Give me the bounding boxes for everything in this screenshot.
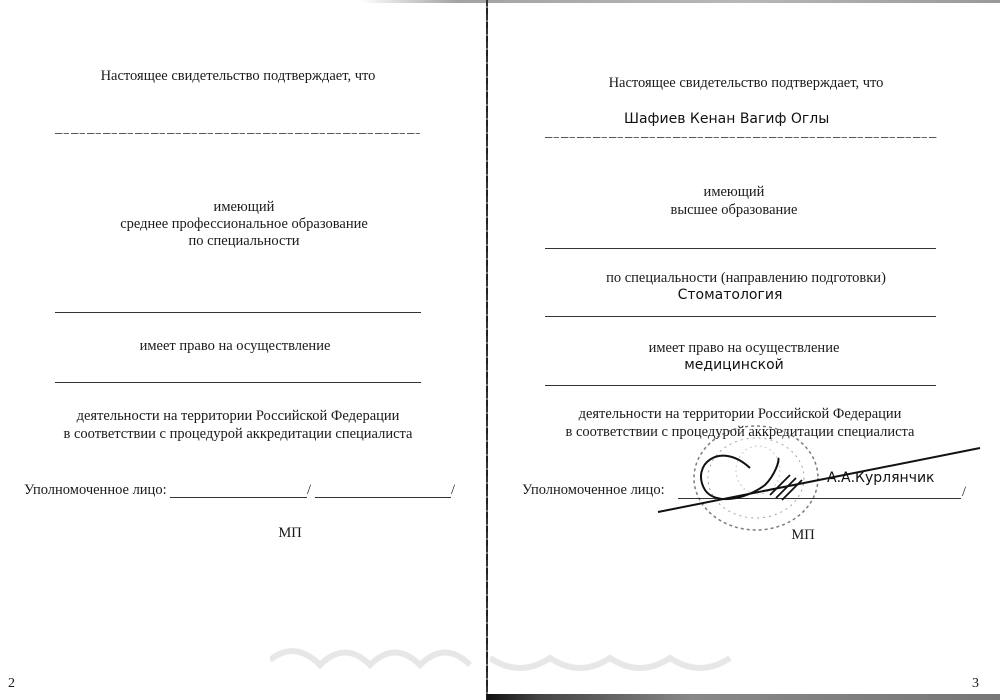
paper-bottom-edge — [487, 694, 1000, 700]
activity-line — [545, 385, 936, 386]
specialty-line — [55, 312, 421, 313]
having-label: имеющий — [214, 199, 275, 216]
authorized-person-label: Уполномоченное лицо: — [522, 482, 665, 499]
intro-text: Настоящее свидетельство подтверждает, чт… — [609, 75, 884, 92]
education-level: среднее профессиональное образование — [120, 216, 368, 233]
holder-name-line — [55, 133, 420, 134]
slash-1: / — [307, 482, 311, 499]
page-number: 2 — [8, 676, 15, 692]
authorized-person-label: Уполномоченное лицо: — [24, 482, 167, 499]
page-number: 3 — [972, 676, 979, 692]
book-spine — [486, 0, 488, 700]
right-page: Настоящее свидетельство подтверждает, чт… — [490, 0, 1000, 700]
education-level: высшее образование — [671, 202, 798, 219]
scope-line-1: деятельности на территории Российской Фе… — [77, 408, 400, 425]
scope-line-2: в соответствии с процедурой аккредитации… — [64, 426, 413, 443]
specialty-label: по специальности (направлению подготовки… — [606, 270, 886, 287]
holder-name: Шафиев Кенан Вагиф Оглы — [624, 111, 829, 127]
specialty-line — [545, 316, 936, 317]
signature-line — [170, 497, 307, 498]
specialty-value: Стоматология — [678, 287, 783, 303]
name-line — [315, 497, 451, 498]
having-label: имеющий — [704, 184, 765, 201]
holder-name-line — [545, 137, 937, 138]
activity-line — [55, 382, 421, 383]
seal-label: МП — [791, 527, 814, 544]
education-line — [545, 248, 936, 249]
right-to-label: имеет право на осуществление — [649, 340, 840, 357]
specialty-label: по специальности — [188, 233, 299, 250]
slash-2: / — [451, 482, 455, 499]
activity-value: медицинской — [684, 357, 784, 373]
seal-label: МП — [278, 525, 301, 542]
handwritten-signature — [650, 440, 990, 520]
right-to-label: имеет право на осуществление — [140, 338, 331, 355]
intro-text: Настоящее свидетельство подтверждает, чт… — [101, 68, 376, 85]
watermark-pattern — [270, 640, 490, 670]
left-page: Настоящее свидетельство подтверждает, чт… — [0, 0, 487, 700]
watermark-pattern — [490, 648, 790, 678]
